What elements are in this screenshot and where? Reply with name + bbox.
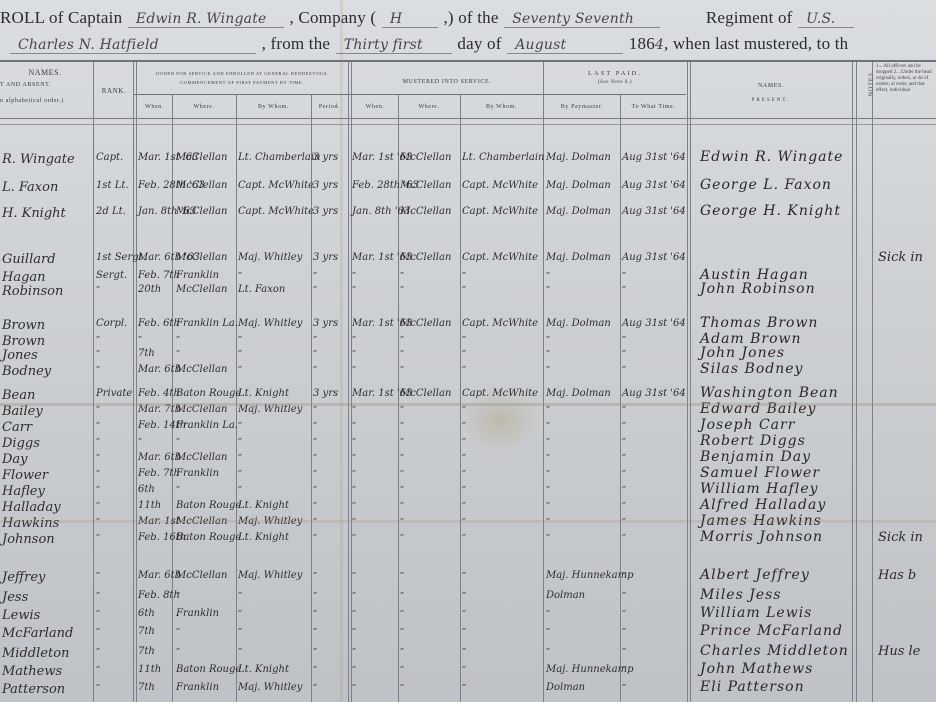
cell-to-time: ″ bbox=[622, 500, 626, 513]
cell-remark: Sick in bbox=[878, 530, 923, 545]
cell-paymaster: Maj. Dolman bbox=[546, 152, 611, 163]
cell-mustered-where: ″ bbox=[400, 626, 404, 639]
cell-period: ″ bbox=[313, 626, 317, 639]
cell-joined-where: McClellan bbox=[176, 364, 227, 375]
cell-name-partial: Bodney bbox=[2, 364, 51, 379]
cell-to-time: ″ bbox=[622, 334, 626, 347]
cell-period: ″ bbox=[313, 646, 317, 659]
cell-mustered-by: ″ bbox=[462, 420, 466, 433]
when-last-label: , when last mustered, to th bbox=[664, 34, 848, 53]
cell-mustered-where: ″ bbox=[400, 334, 404, 347]
cell-period: ″ bbox=[313, 452, 317, 465]
cell-name-present: Benjamin Day bbox=[700, 449, 811, 465]
col-divider bbox=[136, 62, 137, 702]
cell-mustered-when: ″ bbox=[352, 532, 356, 545]
cell-joined-by: Lt. Knight bbox=[238, 532, 289, 543]
cell-mustered-by: Capt. McWhite bbox=[462, 388, 538, 399]
cell-rank: ″ bbox=[96, 570, 100, 583]
cell-period: ″ bbox=[313, 348, 317, 361]
cell-mustered-where: ″ bbox=[400, 420, 404, 433]
cell-to-time: ″ bbox=[622, 468, 626, 481]
cell-paymaster: ″ bbox=[546, 364, 550, 377]
cell-to-time: ″ bbox=[622, 664, 626, 677]
cell-name-partial: Bailey bbox=[2, 404, 43, 419]
cell-rank: Corpl. bbox=[96, 318, 127, 329]
cell-mustered-when: ″ bbox=[352, 270, 356, 283]
cell-to-time: Aug 31st '64 bbox=[622, 388, 686, 399]
cell-mustered-by: ″ bbox=[462, 500, 466, 513]
cell-joined-where: ″ bbox=[176, 334, 180, 347]
cell-rank: 2d Lt. bbox=[96, 206, 126, 217]
cell-name-present: John Mathews bbox=[700, 661, 813, 677]
cell-paymaster: ″ bbox=[546, 420, 550, 433]
cell-to-time: ″ bbox=[622, 284, 626, 297]
cell-to-time: Aug 31st '64 bbox=[622, 180, 686, 191]
cell-mustered-by: ″ bbox=[462, 590, 466, 603]
col-divider bbox=[687, 62, 688, 702]
cell-remark: Has b bbox=[878, 568, 916, 583]
roll-of-captain-label: ROLL of Captain bbox=[0, 8, 122, 27]
regiment-of-label: Regiment of bbox=[706, 8, 793, 27]
cell-name-partial: Flower bbox=[2, 468, 48, 483]
cell-name-partial: Bean bbox=[2, 388, 35, 403]
col-divider bbox=[620, 95, 621, 702]
cell-joined-by: ″ bbox=[238, 626, 242, 639]
cell-name-partial: Hafley bbox=[2, 484, 45, 499]
cell-joined-when: Mar. 6th bbox=[138, 570, 181, 581]
cell-mustered-by: Capt. McWhite bbox=[462, 318, 538, 329]
cell-paymaster: ″ bbox=[546, 608, 550, 621]
cell-mustered-where: McClellan bbox=[400, 318, 451, 329]
cell-mustered-where: ″ bbox=[400, 570, 404, 583]
cell-mustered-when: ″ bbox=[352, 468, 356, 481]
joined-header-1: JOINED FOR SERVICE AND ENROLLED AT GENER… bbox=[137, 71, 347, 76]
cell-joined-where: Franklin bbox=[176, 608, 219, 619]
cell-joined-where: ″ bbox=[176, 626, 180, 639]
cell-name-present: John Robinson bbox=[700, 281, 816, 297]
cell-to-time: Aug 31st '64 bbox=[622, 318, 686, 329]
names-present-header: NAMES. bbox=[691, 83, 851, 89]
col-divider bbox=[93, 62, 94, 702]
cell-mustered-where: ″ bbox=[400, 484, 404, 497]
cell-joined-when: Feb. 7th bbox=[138, 468, 180, 479]
cell-paymaster: ″ bbox=[546, 452, 550, 465]
cell-joined-when: 7th bbox=[138, 348, 155, 359]
cell-mustered-where: ″ bbox=[400, 608, 404, 621]
cell-mustered-when: ″ bbox=[352, 348, 356, 361]
cell-name-partial: Day bbox=[2, 452, 28, 467]
cell-paymaster: Maj. Dolman bbox=[546, 252, 611, 263]
cell-joined-when: Mar. 6th bbox=[138, 364, 181, 375]
cell-name-present: George H. Knight bbox=[700, 203, 841, 219]
cell-joined-by: Capt. McWhite bbox=[238, 180, 314, 191]
cell-period: 3 yrs bbox=[313, 180, 338, 191]
cell-period: ″ bbox=[313, 284, 317, 297]
cell-joined-when: 7th bbox=[138, 682, 155, 693]
cell-joined-by: ″ bbox=[238, 646, 242, 659]
cell-mustered-where: McClellan bbox=[400, 252, 451, 263]
cell-joined-where: ″ bbox=[176, 646, 180, 659]
cell-name-present: Miles Jess bbox=[700, 587, 781, 603]
cell-mustered-by: ″ bbox=[462, 436, 466, 449]
cell-to-time: Aug 31st '64 bbox=[622, 252, 686, 263]
cell-mustered-when: ″ bbox=[352, 364, 356, 377]
cell-name-partial: Jones bbox=[2, 348, 38, 363]
cell-joined-where: McClellan bbox=[176, 452, 227, 463]
cell-name-partial: Brown bbox=[2, 334, 45, 349]
cell-joined-when: 7th bbox=[138, 646, 155, 657]
cell-joined-when: Mar. 6th bbox=[138, 452, 181, 463]
cell-rank: ″ bbox=[96, 334, 100, 347]
cell-name-partial: McFarland bbox=[2, 626, 73, 641]
cell-joined-when: Feb. 4th bbox=[138, 388, 180, 399]
cell-joined-where: ″ bbox=[176, 484, 180, 497]
cell-joined-when: 6th bbox=[138, 608, 155, 619]
mustered-header: MUSTERED INTO SERVICE. bbox=[352, 79, 542, 85]
cell-joined-where: McClellan bbox=[176, 180, 227, 191]
cell-mustered-by: ″ bbox=[462, 348, 466, 361]
cell-mustered-by: ″ bbox=[462, 570, 466, 583]
cell-rank: ″ bbox=[96, 364, 100, 377]
cell-joined-where: McClellan bbox=[176, 152, 227, 163]
cell-joined-by: Lt. Chamberlain bbox=[238, 152, 320, 163]
cell-period: ″ bbox=[313, 436, 317, 449]
cell-joined-where: McClellan bbox=[176, 570, 227, 581]
cell-mustered-by: Capt. McWhite bbox=[462, 252, 538, 263]
cell-paymaster: Dolman bbox=[546, 590, 585, 601]
cell-mustered-where: ″ bbox=[400, 348, 404, 361]
cell-mustered-where: ″ bbox=[400, 364, 404, 377]
cell-rank: ″ bbox=[96, 348, 100, 361]
cell-paymaster: ″ bbox=[546, 468, 550, 481]
cell-rank: ″ bbox=[96, 484, 100, 497]
paper-fold bbox=[340, 0, 343, 702]
joined-header-2: COMMENCEMENT OF FIRST PAYMENT BY TIME. bbox=[137, 80, 347, 85]
title-line-1: ROLL of Captain Edwin R. Wingate , Compa… bbox=[0, 8, 854, 28]
cell-joined-when: Feb. 6th bbox=[138, 318, 180, 329]
cell-joined-where: McClellan bbox=[176, 284, 227, 295]
cell-period: ″ bbox=[313, 364, 317, 377]
cell-remark: Sick in bbox=[878, 250, 923, 265]
cell-joined-when: Feb. 7th bbox=[138, 270, 180, 281]
cell-joined-by: ″ bbox=[238, 590, 242, 603]
cell-mustered-when: ″ bbox=[352, 570, 356, 583]
cell-mustered-where: McClellan bbox=[400, 180, 451, 191]
cell-mustered-where: ″ bbox=[400, 590, 404, 603]
year-prefix: 186 bbox=[629, 34, 655, 53]
cell-mustered-by: ″ bbox=[462, 608, 466, 621]
cell-mustered-by: ″ bbox=[462, 532, 466, 545]
cell-paymaster: ″ bbox=[546, 334, 550, 347]
cell-rank: ″ bbox=[96, 646, 100, 659]
cell-paymaster: Maj. Dolman bbox=[546, 206, 611, 217]
cell-name-present: William Lewis bbox=[700, 605, 812, 621]
cell-mustered-where: McClellan bbox=[400, 152, 451, 163]
names-present-sub: PRESENT. bbox=[691, 98, 851, 103]
cell-rank: ″ bbox=[96, 590, 100, 603]
cell-name-partial: Brown bbox=[2, 318, 45, 333]
notes-text: 1....All officers and be dropped 2....Un… bbox=[876, 64, 936, 124]
captain-name: Edwin R. Wingate bbox=[128, 11, 284, 28]
cell-joined-by: Capt. McWhite bbox=[238, 206, 314, 217]
cell-period: ″ bbox=[313, 682, 317, 695]
cell-joined-by: ″ bbox=[238, 436, 242, 449]
cell-period: ″ bbox=[313, 608, 317, 621]
cell-name-present: Thomas Brown bbox=[700, 315, 818, 331]
cell-mustered-by: ″ bbox=[462, 626, 466, 639]
joined-by-whom-header: By Whom. bbox=[236, 104, 311, 110]
joined-where-header: Where. bbox=[172, 104, 236, 110]
cell-mustered-where: ″ bbox=[400, 468, 404, 481]
cell-joined-by: Maj. Whitley bbox=[238, 318, 302, 329]
cell-name-partial: Middleton bbox=[2, 646, 69, 661]
cell-mustered-by: Capt. McWhite bbox=[462, 180, 538, 191]
cell-name-partial: Robinson bbox=[2, 284, 63, 299]
cell-joined-where: ″ bbox=[176, 590, 180, 603]
cell-paymaster: Maj. Dolman bbox=[546, 180, 611, 191]
day-value: Thirty first bbox=[336, 37, 452, 54]
cell-mustered-by: Lt. Chamberlain bbox=[462, 152, 544, 163]
cell-name-present: Silas Bodney bbox=[700, 361, 803, 377]
cell-joined-by: ″ bbox=[238, 364, 242, 377]
commander-name: Charles N. Hatfield bbox=[10, 37, 256, 54]
cell-period: ″ bbox=[313, 664, 317, 677]
cell-rank: Private bbox=[96, 388, 132, 399]
cell-to-time: ″ bbox=[622, 420, 626, 433]
cell-mustered-by: ″ bbox=[462, 468, 466, 481]
cell-mustered-where: ″ bbox=[400, 452, 404, 465]
cell-name-present: Robert Diggs bbox=[700, 433, 806, 449]
cell-name-partial: Carr bbox=[2, 420, 32, 435]
cell-mustered-by: ″ bbox=[462, 646, 466, 659]
rank-header: RANK. bbox=[94, 87, 134, 95]
names-header: NAMES. bbox=[0, 68, 90, 77]
cell-joined-where: McClellan bbox=[176, 206, 227, 217]
cell-paymaster: Maj. Dolman bbox=[546, 388, 611, 399]
cell-period: 3 yrs bbox=[313, 252, 338, 263]
cell-joined-when: 20th bbox=[138, 284, 161, 295]
month-value: August bbox=[507, 37, 623, 54]
cell-joined-where: ″ bbox=[176, 348, 180, 361]
cell-mustered-when: ″ bbox=[352, 420, 356, 433]
col-divider bbox=[690, 62, 691, 702]
cell-joined-by: Lt. Knight bbox=[238, 500, 289, 511]
cell-period: 3 yrs bbox=[313, 152, 338, 163]
cell-paymaster: ″ bbox=[546, 484, 550, 497]
of-the-label: ,) of the bbox=[443, 8, 498, 27]
cell-paymaster: ″ bbox=[546, 436, 550, 449]
cell-name-present: George L. Faxon bbox=[700, 177, 832, 193]
cell-mustered-where: ″ bbox=[400, 436, 404, 449]
col-divider bbox=[133, 62, 134, 702]
cell-mustered-by: ″ bbox=[462, 484, 466, 497]
cell-name-partial: Halladay bbox=[2, 500, 61, 515]
cell-name-present: Morris Johnson bbox=[700, 529, 823, 545]
cell-joined-by: Lt. Faxon bbox=[238, 284, 285, 295]
cell-to-time: ″ bbox=[622, 436, 626, 449]
cell-joined-when: 11th bbox=[138, 664, 161, 675]
cell-joined-when: 6th bbox=[138, 484, 155, 495]
cell-period: ″ bbox=[313, 590, 317, 603]
cell-period: ″ bbox=[313, 570, 317, 583]
cell-name-present: Washington Bean bbox=[700, 385, 839, 401]
cell-name-partial: Jeffrey bbox=[2, 570, 45, 585]
cell-joined-where: Franklin bbox=[176, 468, 219, 479]
mustered-when-header: When. bbox=[352, 104, 398, 110]
cell-joined-by: ″ bbox=[238, 468, 242, 481]
cell-name-partial: H. Knight bbox=[2, 206, 66, 221]
cell-mustered-by: Capt. McWhite bbox=[462, 206, 538, 217]
cell-mustered-by: ″ bbox=[462, 284, 466, 297]
cell-joined-by: ″ bbox=[238, 608, 242, 621]
cell-to-time: ″ bbox=[622, 452, 626, 465]
cell-paymaster: Maj. Hunnekamp bbox=[546, 570, 634, 581]
cell-period: ″ bbox=[313, 484, 317, 497]
cell-to-time: ″ bbox=[622, 590, 626, 603]
mustered-by-whom-header: By Whom. bbox=[460, 104, 543, 110]
cell-rank: ″ bbox=[96, 532, 100, 545]
last-paid-note: (See Note 6.) bbox=[544, 80, 686, 85]
cell-to-time: Aug 31st '64 bbox=[622, 152, 686, 163]
cell-joined-when: 11th bbox=[138, 500, 161, 511]
cell-joined-where: Baton Rouge bbox=[176, 664, 241, 675]
cell-paymaster: ″ bbox=[546, 500, 550, 513]
cell-joined-by: Maj. Whitley bbox=[238, 570, 302, 581]
cell-name-partial: Guillard bbox=[2, 252, 56, 267]
cell-mustered-when: ″ bbox=[352, 682, 356, 695]
cell-joined-when: Feb. 8th bbox=[138, 590, 180, 601]
company-value: H bbox=[382, 11, 438, 28]
cell-mustered-by: ″ bbox=[462, 270, 466, 283]
cell-rank: ″ bbox=[96, 436, 100, 449]
names-sub1: T AND ABSENT. bbox=[0, 82, 80, 88]
cell-mustered-where: ″ bbox=[400, 664, 404, 677]
cell-to-time: ″ bbox=[622, 270, 626, 283]
cell-joined-where: Franklin La. bbox=[176, 318, 238, 329]
cell-joined-by: ″ bbox=[238, 452, 242, 465]
col-divider bbox=[856, 62, 857, 702]
cell-mustered-when: ″ bbox=[352, 334, 356, 347]
cell-name-partial: Lewis bbox=[2, 608, 40, 623]
cell-mustered-where: ″ bbox=[400, 284, 404, 297]
cell-joined-where: Franklin bbox=[176, 682, 219, 693]
header-bottom-rule bbox=[0, 118, 936, 119]
cell-rank: Sergt. bbox=[96, 270, 127, 281]
cell-name-present: Albert Jeffrey bbox=[700, 567, 810, 583]
cell-mustered-when: ″ bbox=[352, 452, 356, 465]
cell-mustered-when: ″ bbox=[352, 646, 356, 659]
cell-paymaster: Maj. Hunnekamp bbox=[546, 664, 634, 675]
cell-rank: ″ bbox=[96, 284, 100, 297]
cell-to-time: ″ bbox=[622, 348, 626, 361]
cell-name-partial: L. Faxon bbox=[2, 180, 58, 195]
regiment-number: Seventy Seventh bbox=[504, 11, 660, 28]
regiment-of-value: U.S. bbox=[798, 11, 854, 28]
joined-when-header: When. bbox=[137, 104, 172, 110]
subheader-rule bbox=[134, 94, 686, 95]
cell-mustered-where: ″ bbox=[400, 532, 404, 545]
cell-joined-by: ″ bbox=[238, 484, 242, 497]
cell-joined-where: McClellan bbox=[176, 252, 227, 263]
cell-mustered-where: ″ bbox=[400, 682, 404, 695]
mustered-where-header: Where. bbox=[398, 104, 460, 110]
cell-joined-by: ″ bbox=[238, 420, 242, 433]
paper-fold bbox=[0, 520, 936, 523]
cell-period: ″ bbox=[313, 270, 317, 283]
names-sub2: n alphabetical order.) bbox=[0, 98, 90, 104]
cell-joined-by: Lt. Knight bbox=[238, 388, 289, 399]
paper-fold bbox=[0, 403, 936, 406]
paid-by-paymaster-header: By Paymaster. bbox=[544, 104, 620, 110]
cell-joined-by: Lt. Knight bbox=[238, 664, 289, 675]
cell-name-partial: Hawkins bbox=[2, 516, 59, 531]
cell-to-time: ″ bbox=[622, 484, 626, 497]
cell-mustered-where: ″ bbox=[400, 500, 404, 513]
cell-rank: ″ bbox=[96, 452, 100, 465]
cell-to-time: ″ bbox=[622, 532, 626, 545]
cell-mustered-where: ″ bbox=[400, 646, 404, 659]
col-divider bbox=[852, 62, 853, 702]
cell-rank: ″ bbox=[96, 468, 100, 481]
cell-joined-when: ″ bbox=[138, 436, 142, 449]
cell-mustered-when: ″ bbox=[352, 436, 356, 449]
cell-to-time: ″ bbox=[622, 682, 626, 695]
cell-rank: ″ bbox=[96, 500, 100, 513]
cell-to-time: Aug 31st '64 bbox=[622, 206, 686, 217]
cell-period: 3 yrs bbox=[313, 206, 338, 217]
cell-name-partial: Patterson bbox=[2, 682, 65, 697]
cell-name-present: Charles Middleton bbox=[700, 643, 849, 659]
cell-paymaster: ″ bbox=[546, 646, 550, 659]
cell-period: ″ bbox=[313, 420, 317, 433]
cell-joined-by: ″ bbox=[238, 334, 242, 347]
table-top-rule bbox=[0, 60, 936, 62]
cell-rank: ″ bbox=[96, 420, 100, 433]
cell-mustered-by: ″ bbox=[462, 364, 466, 377]
title-line-2: Charles N. Hatfield , from the Thirty fi… bbox=[10, 34, 848, 54]
cell-rank: ″ bbox=[96, 682, 100, 695]
cell-mustered-by: ″ bbox=[462, 334, 466, 347]
cell-to-time: ″ bbox=[622, 608, 626, 621]
cell-mustered-where: ″ bbox=[400, 270, 404, 283]
cell-period: ″ bbox=[313, 468, 317, 481]
day-of-label: day of bbox=[457, 34, 501, 53]
cell-period: 3 yrs bbox=[313, 318, 338, 329]
cell-joined-where: Franklin La. bbox=[176, 420, 238, 431]
cell-paymaster: Maj. Dolman bbox=[546, 318, 611, 329]
cell-joined-when: 7th bbox=[138, 626, 155, 637]
cell-name-partial: Mathews bbox=[2, 664, 62, 679]
cell-mustered-by: ″ bbox=[462, 682, 466, 695]
cell-joined-where: Baton Rouge bbox=[176, 532, 241, 543]
cell-name-partial: Jess bbox=[2, 590, 28, 605]
cell-mustered-when: ″ bbox=[352, 484, 356, 497]
cell-to-time: ″ bbox=[622, 570, 626, 583]
cell-paymaster: ″ bbox=[546, 626, 550, 639]
cell-mustered-where: McClellan bbox=[400, 388, 451, 399]
cell-paymaster: ″ bbox=[546, 284, 550, 297]
notes-header: NOTES. bbox=[868, 70, 874, 97]
cell-name-partial: R. Wingate bbox=[2, 152, 75, 167]
from-the-label: , from the bbox=[262, 34, 331, 53]
cell-to-time: ″ bbox=[622, 626, 626, 639]
cell-name-present: Prince McFarland bbox=[700, 623, 843, 639]
cell-paymaster: Dolman bbox=[546, 682, 585, 693]
cell-joined-by: ″ bbox=[238, 348, 242, 361]
cell-to-time: ″ bbox=[622, 646, 626, 659]
cell-joined-where: Baton Rouge bbox=[176, 388, 241, 399]
cell-name-present: Samuel Flower bbox=[700, 465, 820, 481]
